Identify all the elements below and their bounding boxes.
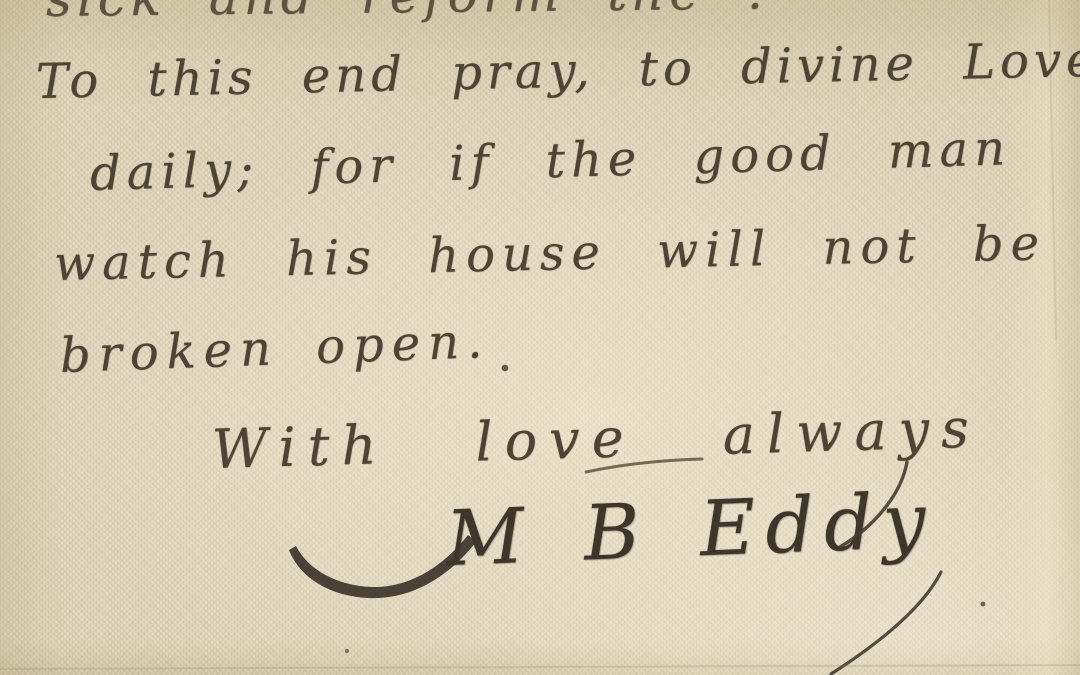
ink-speck [981, 602, 986, 607]
letter-page: sick and reform the . To this end pray, … [0, 0, 1080, 675]
handwriting-line: To this end pray, to divine Love [35, 32, 1080, 110]
handwriting-line: daily; for if the good man [89, 120, 1011, 202]
handwriting-line-cropped: sick and reform the . [46, 0, 768, 28]
handwriting-line: broken open. [59, 313, 491, 384]
ink-speck [502, 365, 509, 372]
eddy-descender-stroke [831, 572, 941, 674]
handwriting-closing-line: With love always [211, 397, 981, 481]
ink-speck [345, 649, 349, 653]
paper-crease-bottom [0, 665, 1080, 669]
signature-text: M B Eddy [444, 475, 937, 583]
handwriting-line: watch his house will not be [53, 215, 1046, 292]
